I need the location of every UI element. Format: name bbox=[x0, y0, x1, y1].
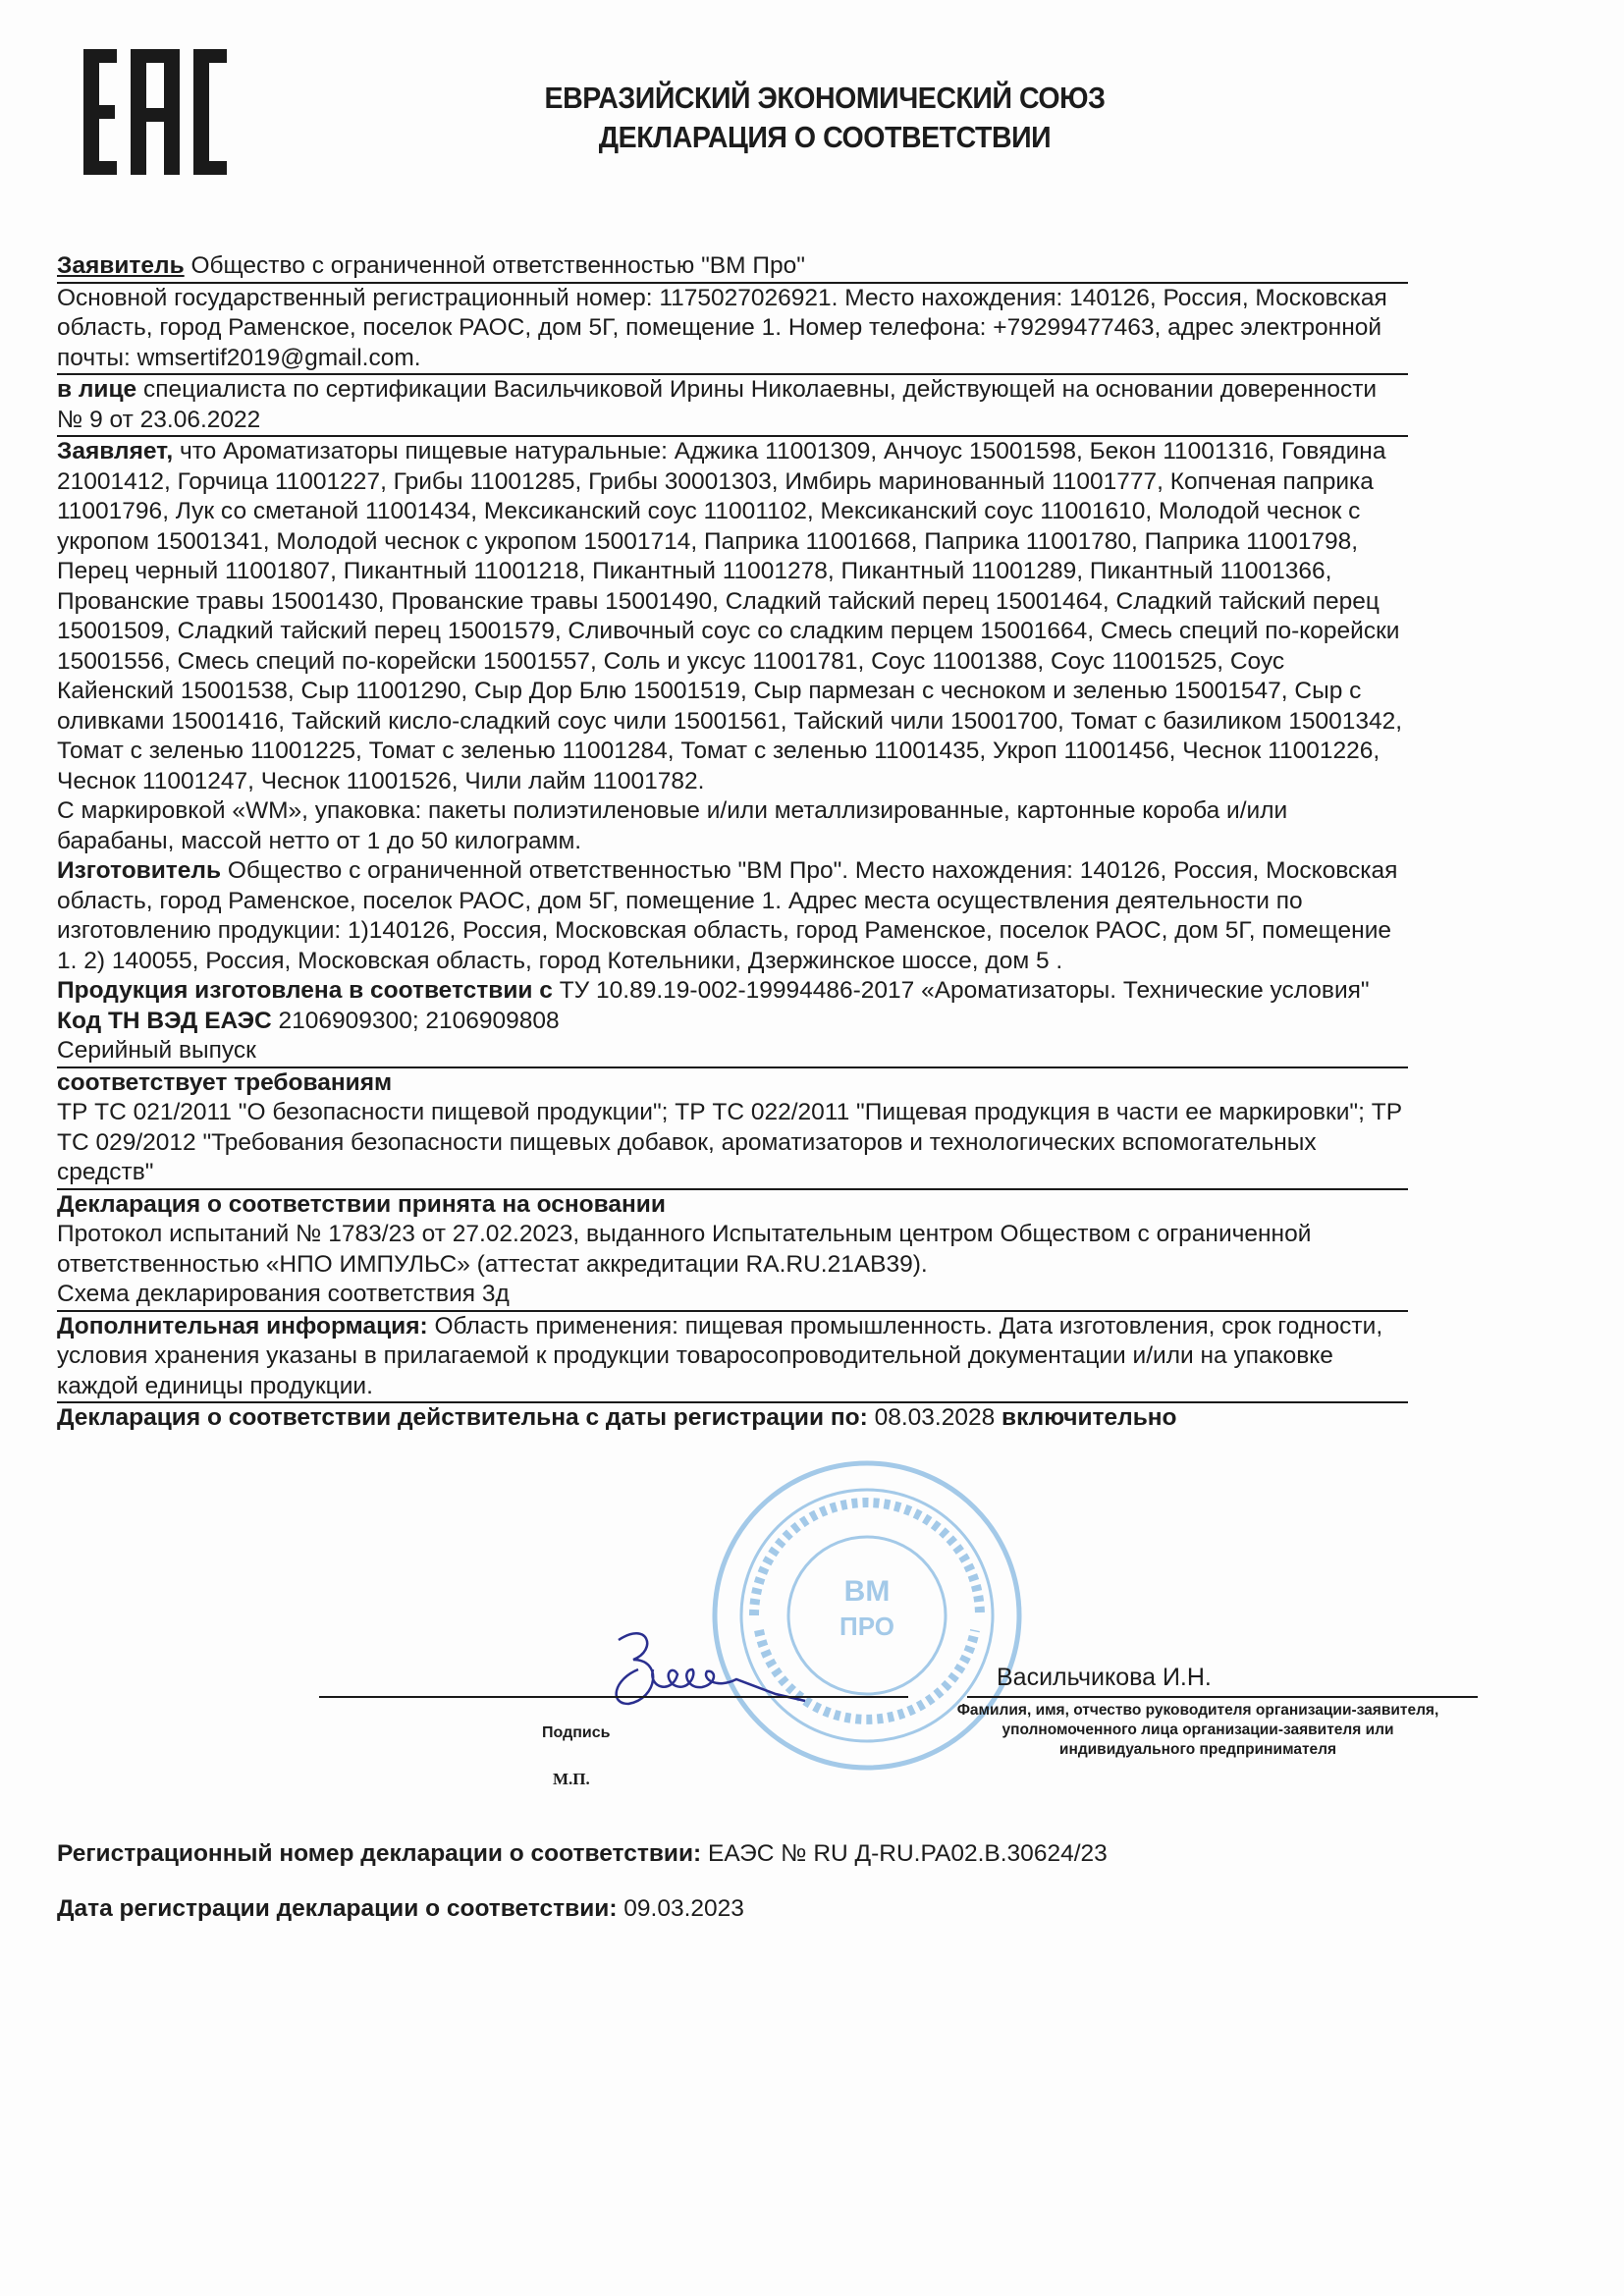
requirements-label-row: соответствует требованиям bbox=[57, 1068, 1408, 1099]
requirements-label: соответствует требованиям bbox=[57, 1069, 392, 1096]
caption-line-2: уполномоченного лица организации-заявите… bbox=[903, 1721, 1492, 1740]
hs-code-text: 2106909300; 2106909808 bbox=[272, 1008, 560, 1034]
declares-text: что Ароматизаторы пищевые натуральные: А… bbox=[57, 438, 1402, 794]
signature-label: Подпись bbox=[542, 1724, 610, 1742]
scheme-row: Схема декларирования соответствия 3д bbox=[57, 1280, 1408, 1312]
declares-row: Заявляет, что Ароматизаторы пищевые нату… bbox=[57, 437, 1408, 796]
applicant-name: Общество с ограниченной ответственностью… bbox=[185, 252, 805, 279]
validity-date: 08.03.2028 bbox=[868, 1404, 995, 1431]
manufacturer-row: Изготовитель Общество с ограниченной отв… bbox=[57, 856, 1408, 976]
applicant-row: Заявитель Общество с ограниченной ответс… bbox=[57, 251, 1408, 284]
registration-number: ЕАЭС № RU Д-RU.PA02.B.30624/23 bbox=[701, 1840, 1108, 1867]
packaging-row: С маркировкой «WM», упаковка: пакеты пол… bbox=[57, 796, 1408, 856]
applicant-details-text: Основной государственный регистрационный… bbox=[57, 285, 1387, 371]
registration-number-label: Регистрационный номер декларации о соотв… bbox=[57, 1840, 701, 1867]
representative-text: специалиста по сертификации Васильчиково… bbox=[57, 376, 1377, 433]
eac-mark-icon bbox=[81, 47, 229, 177]
validity-label: Декларация о соответствии действительна … bbox=[57, 1404, 868, 1431]
basis-label: Декларация о соответствии принята на осн… bbox=[57, 1191, 666, 1218]
registration-number-row: Регистрационный номер декларации о соотв… bbox=[57, 1840, 1108, 1868]
validity-suffix: включительно bbox=[995, 1404, 1176, 1431]
eac-logo bbox=[81, 47, 229, 177]
additional-info-label: Дополнительная информация: bbox=[57, 1313, 428, 1339]
header-declaration-title: ДЕКЛАРАЦИЯ О СООТВЕТСТВИИ bbox=[463, 118, 1186, 157]
applicant-label: Заявитель bbox=[57, 252, 185, 279]
representative-label: в лице bbox=[57, 376, 136, 403]
registration-date-row: Дата регистрации декларации о соответств… bbox=[57, 1895, 744, 1923]
signature-icon bbox=[579, 1620, 835, 1709]
declares-label: Заявляет, bbox=[57, 438, 173, 465]
declaration-body: Заявитель Общество с ограниченной ответс… bbox=[57, 251, 1408, 1434]
registration-date-label: Дата регистрации декларации о соответств… bbox=[57, 1895, 618, 1922]
registration-date: 09.03.2023 bbox=[618, 1895, 744, 1922]
svg-text:ПРО: ПРО bbox=[839, 1612, 894, 1641]
applicant-details: Основной государственный регистрационный… bbox=[57, 284, 1408, 376]
manufacturer-text: Общество с ограниченной ответственностью… bbox=[57, 857, 1397, 974]
header-union-title: ЕВРАЗИЙСКИЙ ЭКОНОМИЧЕСКИЙ СОЮЗ bbox=[463, 79, 1186, 118]
release-type-text: Серийный выпуск bbox=[57, 1037, 256, 1064]
signatory-caption: Фамилия, имя, отчество руководителя орга… bbox=[903, 1701, 1492, 1760]
standard-row: Продукция изготовлена в соответствии с Т… bbox=[57, 976, 1408, 1007]
manufacturer-label: Изготовитель bbox=[57, 857, 221, 884]
hs-code-row: Код ТН ВЭД ЕАЭС 2106909300; 2106909808 bbox=[57, 1007, 1408, 1037]
document-header: ЕВРАЗИЙСКИЙ ЭКОНОМИЧЕСКИЙ СОЮЗ ДЕКЛАРАЦИ… bbox=[463, 79, 1186, 157]
release-type-row: Серийный выпуск bbox=[57, 1036, 1408, 1068]
svg-text:ВМ: ВМ bbox=[844, 1575, 891, 1608]
representative-row: в лице специалиста по сертификации Васил… bbox=[57, 375, 1408, 437]
basis-row: Протокол испытаний № 1783/23 от 27.02.20… bbox=[57, 1220, 1408, 1280]
requirements-row: ТР ТС 021/2011 "О безопасности пищевой п… bbox=[57, 1098, 1408, 1190]
name-line bbox=[967, 1696, 1478, 1698]
seal-label: М.П. bbox=[553, 1770, 590, 1789]
signature-line bbox=[319, 1696, 908, 1698]
requirements-text: ТР ТС 021/2011 "О безопасности пищевой п… bbox=[57, 1099, 1402, 1185]
validity-row: Декларация о соответствии действительна … bbox=[57, 1403, 1408, 1434]
signatory-name: Васильчикова И.Н. bbox=[997, 1664, 1212, 1692]
basis-text: Протокол испытаний № 1783/23 от 27.02.20… bbox=[57, 1221, 1311, 1278]
caption-line-1: Фамилия, имя, отчество руководителя орга… bbox=[903, 1701, 1492, 1721]
caption-line-3: индивидуального предпринимателя bbox=[903, 1740, 1492, 1760]
packaging-text: С маркировкой «WM», упаковка: пакеты пол… bbox=[57, 797, 1287, 854]
standard-text: ТУ 10.89.19-002-19994486-2017 «Ароматиза… bbox=[553, 977, 1370, 1004]
basis-label-row: Декларация о соответствии принята на осн… bbox=[57, 1190, 1408, 1221]
scheme-text: Схема декларирования соответствия 3д bbox=[57, 1281, 510, 1307]
standard-label: Продукция изготовлена в соответствии с bbox=[57, 977, 553, 1004]
hs-code-label: Код ТН ВЭД ЕАЭС bbox=[57, 1008, 272, 1034]
additional-info-row: Дополнительная информация: Область приме… bbox=[57, 1312, 1408, 1404]
company-seal-icon: ВМ ПРО bbox=[705, 1453, 1029, 1777]
